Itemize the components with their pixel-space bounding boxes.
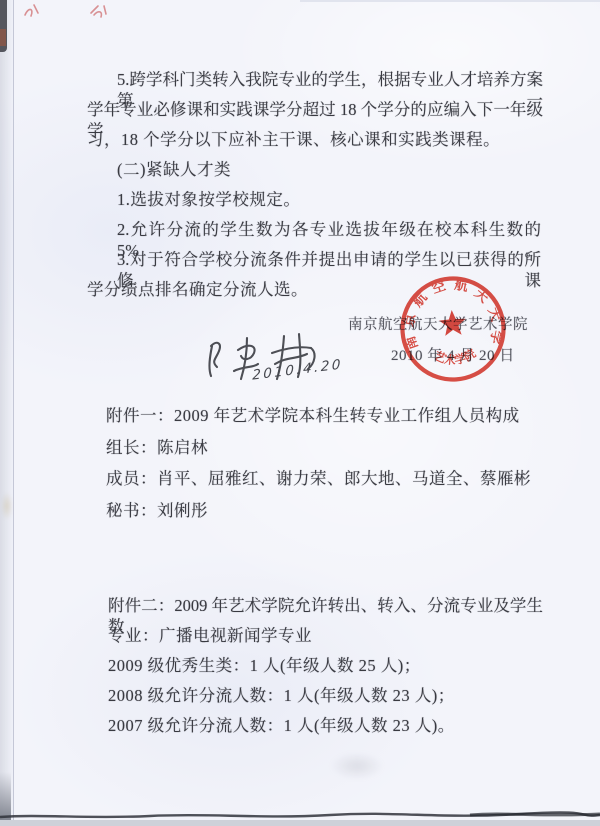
scanner-background bbox=[0, 820, 600, 826]
scan-left-edge bbox=[0, 0, 14, 826]
scanned-document-page: 5.跨学科门类转入我院专业的学生，根据专业人才培养方案第一 学年专业必修课和实践… bbox=[0, 0, 600, 826]
attachment2-major: 专业：广播电视新闻学专业 bbox=[108, 625, 312, 646]
body-section-heading: (二)紧缺人才类 bbox=[117, 159, 231, 180]
attachment1-members: 成员：肖平、屈雅红、谢力荣、郎大地、马道全、蔡雁彬 bbox=[106, 468, 531, 489]
body-line: 学分绩点排名确定分流人选。 bbox=[87, 279, 308, 300]
attachment2-grade-2009: 2009 级优秀生类：1 人(年级人数 25 人)； bbox=[108, 655, 421, 676]
red-pen-mark-icon bbox=[22, 2, 42, 20]
attachment1-title: 附件一：2009 年艺术学院本科生转专业工作组人员构成 bbox=[106, 405, 520, 426]
body-line: 1.选拔对象按学校规定。 bbox=[117, 189, 300, 210]
paper-smudge bbox=[330, 752, 384, 780]
seal-star-icon bbox=[438, 309, 466, 336]
attachment2-grade-2007: 2007 级允许分流人数：1 人(年级人数 23 人)。 bbox=[108, 715, 455, 736]
paper-smudge-yellow bbox=[1, 492, 13, 520]
official-seal: 南京航空航天大学 艺术学院 bbox=[392, 268, 514, 390]
body-line: 习，18 个学分以下应补主干课、核心课和实践类课程。 bbox=[87, 129, 500, 150]
attachment2-grade-2008: 2008 级允许分流人数：1 人(年级人数 23 人)； bbox=[108, 685, 455, 706]
attachment1-leader: 组长：陈启林 bbox=[106, 437, 208, 458]
attachment1-secretary: 秘书：刘俐彤 bbox=[106, 500, 208, 521]
red-pen-mark-icon bbox=[88, 2, 110, 20]
scan-top-edge bbox=[300, 0, 600, 2]
seal-bottom-text: 艺术学院 bbox=[431, 345, 479, 369]
scan-left-edge-stain bbox=[0, 29, 6, 46]
